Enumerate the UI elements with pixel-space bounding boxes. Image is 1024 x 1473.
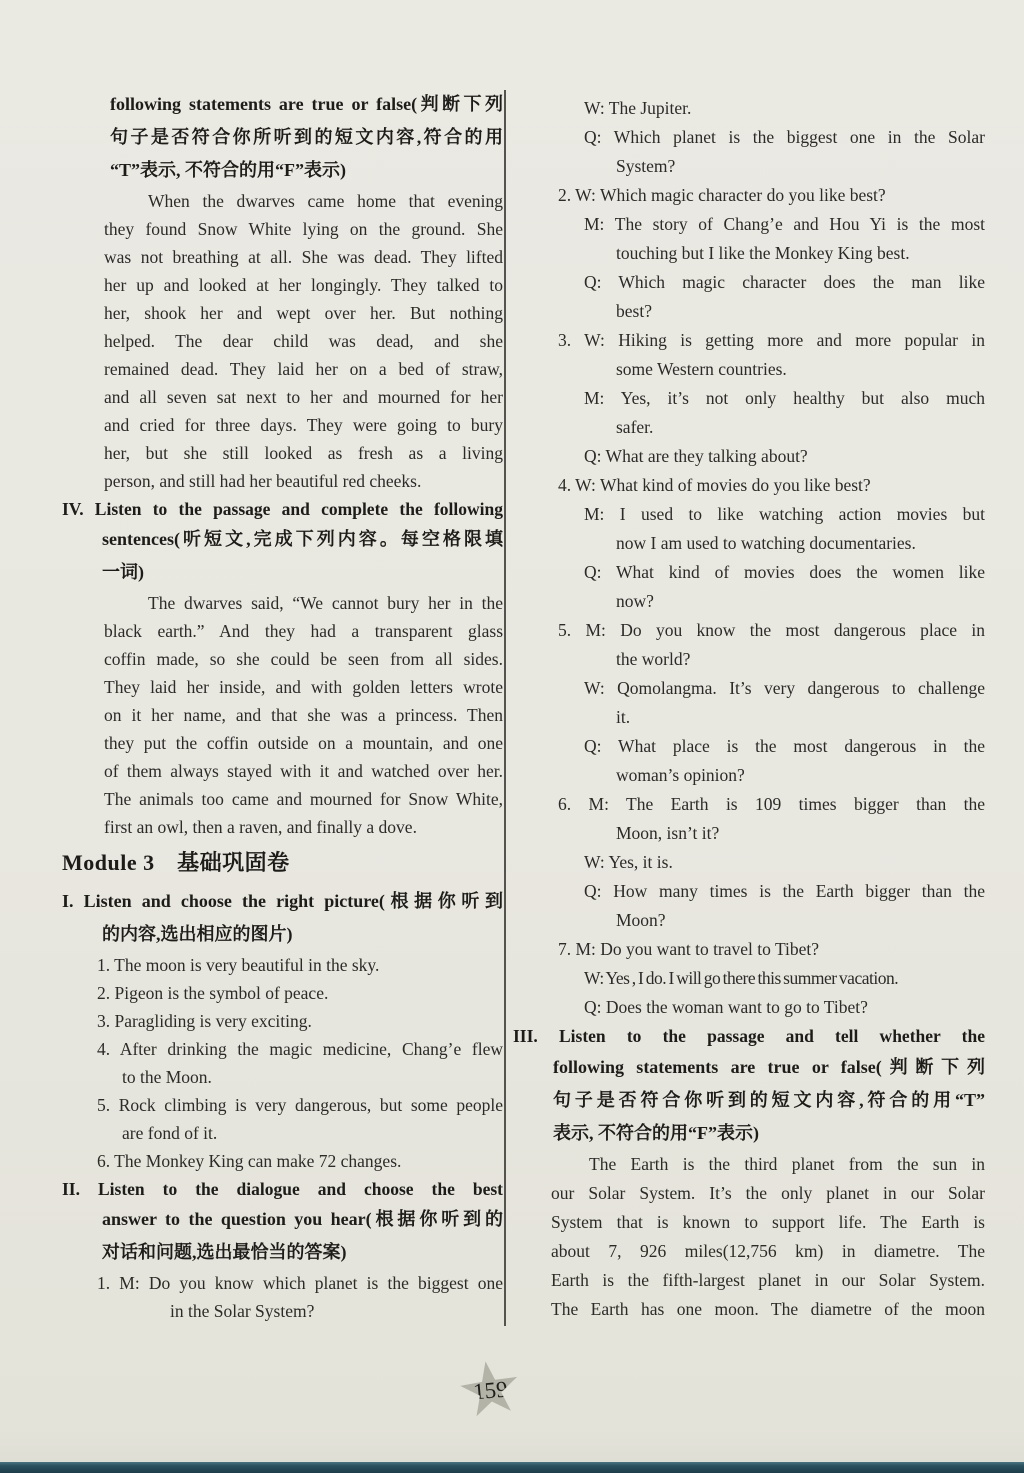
scanner-edge-strip: [0, 1462, 1024, 1473]
text-line: black earth.” And they had a transparent…: [62, 617, 503, 645]
text-line: her, shook her and wept over her. But no…: [62, 299, 503, 327]
text-line: answer to the question you hear(根据你听到的: [62, 1203, 503, 1236]
text-line: now?: [513, 587, 985, 616]
text-line: 句子是否符合你所听到的短文内容,符合的用: [62, 121, 503, 154]
left-column: following statements are true or false(判…: [62, 88, 503, 1325]
text-line: 句子是否符合你听到的短文内容,符合的用“T”: [513, 1084, 985, 1117]
text-line: I. Listen and choose the right picture(根…: [62, 885, 503, 918]
text-line: her up and looked at her longingly. They…: [62, 271, 503, 299]
text-line: Moon?: [513, 906, 985, 935]
text-line: are fond of it.: [62, 1119, 503, 1147]
text-line: in the Solar System?: [62, 1297, 503, 1325]
text-line: about 7, 926 miles(12,756 km) in diametr…: [513, 1237, 985, 1266]
text-line: 5. Rock climbing is very dangerous, but …: [62, 1091, 503, 1119]
text-line: 表示, 不符合的用“F”表示): [513, 1117, 985, 1150]
text-line: 6. M: The Earth is 109 times bigger than…: [513, 790, 985, 819]
text-line: 4. After drinking the magic medicine, Ch…: [62, 1035, 503, 1063]
text-line: safer.: [513, 413, 985, 442]
text-line: Earth is the fifth-largest planet in our…: [513, 1266, 985, 1295]
text-line: some Western countries.: [513, 355, 985, 384]
page-number-star: 159: [456, 1357, 524, 1424]
text-line: The Earth is the third planet from the s…: [513, 1150, 985, 1179]
text-line: The Earth has one moon. The diametre of …: [513, 1295, 985, 1324]
text-line: W: The Jupiter.: [513, 94, 985, 123]
text-line: coffin made, so she could be seen from a…: [62, 645, 503, 673]
text-line: following statements are true or false(判…: [62, 88, 503, 121]
text-line: 6. The Monkey King can make 72 changes.: [62, 1147, 503, 1175]
text-line: they found Snow White lying on the groun…: [62, 215, 503, 243]
text-line: 对话和问题,选出最恰当的答案): [62, 1236, 503, 1269]
text-line: 7. M: Do you want to travel to Tibet?: [513, 935, 985, 964]
text-line: When the dwarves came home that evening: [62, 187, 503, 215]
text-line: following statements are true or false(判…: [513, 1051, 985, 1084]
text-line: II. Listen to the dialogue and choose th…: [62, 1175, 503, 1203]
text-line: M: I used to like watching action movies…: [513, 500, 985, 529]
right-column: W: The Jupiter.Q: Which planet is the bi…: [513, 94, 985, 1324]
text-line: person, and still had her beautiful red …: [62, 467, 503, 495]
text-line: They laid her inside, and with golden le…: [62, 673, 503, 701]
text-line: IV. Listen to the passage and complete t…: [62, 495, 503, 523]
text-line: helped. The dear child was dead, and she: [62, 327, 503, 355]
text-line: 5. M: Do you know the most dangerous pla…: [513, 616, 985, 645]
text-line: was not breathing at all. She was dead. …: [62, 243, 503, 271]
text-line: 4. W: What kind of movies do you like be…: [513, 471, 985, 500]
text-line: W: Yes, it is.: [513, 848, 985, 877]
text-line: 3. Paragliding is very exciting.: [62, 1007, 503, 1035]
text-line: W: Yes , I do. I will go there this summ…: [513, 964, 985, 993]
text-line: Q: What place is the most dangerous in t…: [513, 732, 985, 761]
text-line: W: Qomolangma. It’s very dangerous to ch…: [513, 674, 985, 703]
text-line: 一词): [62, 556, 503, 589]
text-line: 2. Pigeon is the symbol of peace.: [62, 979, 503, 1007]
text-line: her, but she still looked as fresh as a …: [62, 439, 503, 467]
workbook-page: following statements are true or false(判…: [0, 0, 1024, 1473]
text-line: 的内容,选出相应的图片): [62, 918, 503, 951]
text-line: Q: Which planet is the biggest one in th…: [513, 123, 985, 152]
text-line: Q: Which magic character does the man li…: [513, 268, 985, 297]
text-line: Q: How many times is the Earth bigger th…: [513, 877, 985, 906]
text-line: the world?: [513, 645, 985, 674]
text-line: 2. W: Which magic character do you like …: [513, 181, 985, 210]
text-line: sentences(听短文,完成下列内容。每空格限填: [62, 523, 503, 556]
text-line: touching but I like the Monkey King best…: [513, 239, 985, 268]
text-line: System?: [513, 152, 985, 181]
text-line: best?: [513, 297, 985, 326]
text-line: it.: [513, 703, 985, 732]
text-line: our Solar System. It’s the only planet i…: [513, 1179, 985, 1208]
text-line: “T”表示, 不符合的用“F”表示): [62, 154, 503, 187]
text-line: The dwarves said, “We cannot bury her in…: [62, 589, 503, 617]
text-line: 3. W: Hiking is getting more and more po…: [513, 326, 985, 355]
text-line: first an owl, then a raven, and finally …: [62, 813, 503, 841]
text-line: M: Yes, it’s not only healthy but also m…: [513, 384, 985, 413]
text-line: remained dead. They laid her on a bed of…: [62, 355, 503, 383]
text-line: M: The story of Chang’e and Hou Yi is th…: [513, 210, 985, 239]
text-line: woman’s opinion?: [513, 761, 985, 790]
text-line: of them always stayed with it and watche…: [62, 757, 503, 785]
page-number: 159: [472, 1377, 509, 1406]
text-line: on it her name, and that she was a princ…: [62, 701, 503, 729]
text-line: Q: What are they talking about?: [513, 442, 985, 471]
text-line: III. Listen to the passage and tell whet…: [513, 1022, 985, 1051]
text-line: and cried for three days. They were goin…: [62, 411, 503, 439]
text-line: Moon, isn’t it?: [513, 819, 985, 848]
text-line: now I am used to watching documentaries.: [513, 529, 985, 558]
text-line: Q: Does the woman want to go to Tibet?: [513, 993, 985, 1022]
text-line: System that is known to support life. Th…: [513, 1208, 985, 1237]
text-line: and all seven sat next to her and mourne…: [62, 383, 503, 411]
text-line: 1. M: Do you know which planet is the bi…: [62, 1269, 503, 1297]
text-line: they put the coffin outside on a mountai…: [62, 729, 503, 757]
text-line: Q: What kind of movies does the women li…: [513, 558, 985, 587]
text-line: to the Moon.: [62, 1063, 503, 1091]
text-line: 1. The moon is very beautiful in the sky…: [62, 951, 503, 979]
text-line: The animals too came and mourned for Sno…: [62, 785, 503, 813]
column-divider: [504, 90, 506, 1326]
text-line: Module 3 基础巩固卷: [62, 841, 503, 885]
